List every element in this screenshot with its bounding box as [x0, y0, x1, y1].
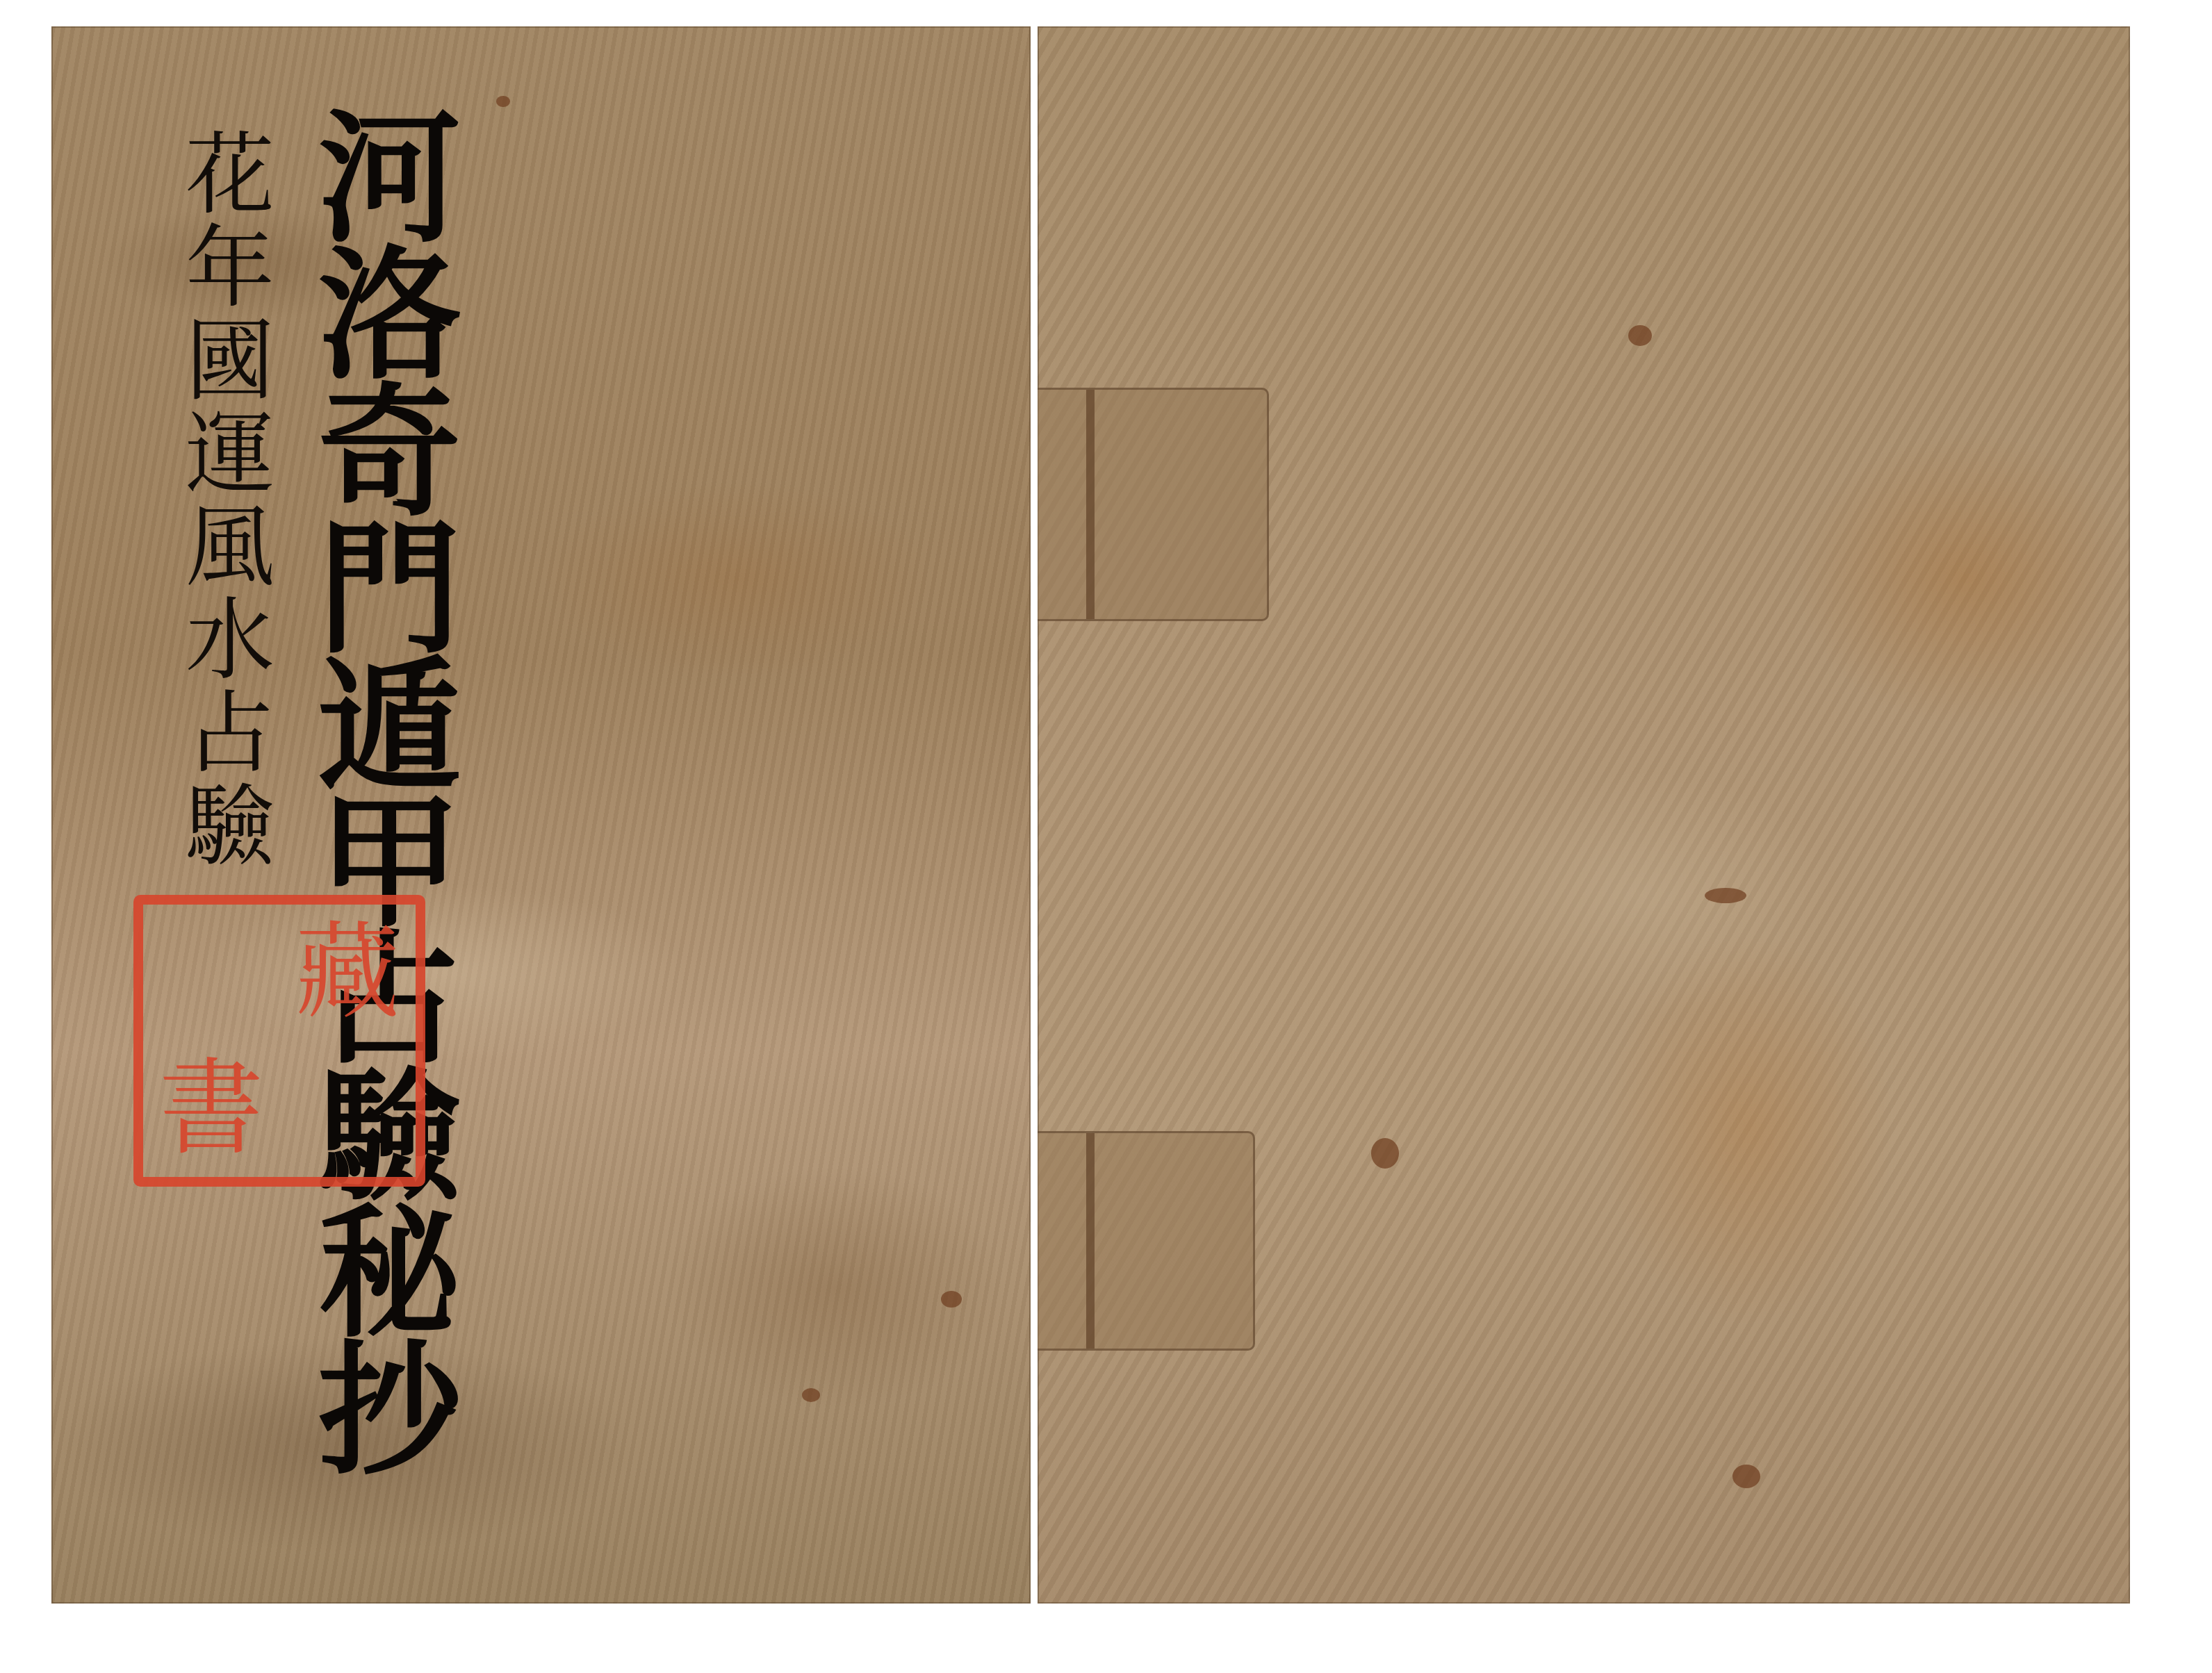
title-column: 河洛奇門遁甲占驗秘抄 [279, 103, 446, 1472]
paper-stain [1705, 888, 1746, 903]
paper-stain [496, 96, 510, 107]
binding-tab-top [1038, 388, 1269, 621]
subtitle-column: 花年國運風水占驗 [156, 127, 274, 872]
seal-glyph: 書 [143, 1041, 279, 1177]
seal-glyph: 藏 [279, 905, 416, 1041]
left-cover-page: 花年國運風水占驗 河洛奇門遁甲占驗秘抄 藏 書 [51, 26, 1031, 1604]
paper-stain [941, 1291, 962, 1308]
right-cover-page [1038, 26, 2130, 1604]
seal-glyph [143, 905, 279, 1041]
paper-stain [1732, 1465, 1760, 1488]
binding-tab-bottom [1038, 1131, 1255, 1351]
red-collector-seal: 藏 書 [133, 895, 425, 1187]
paper-stain [1371, 1138, 1399, 1169]
seal-glyph [279, 1041, 416, 1177]
paper-stain [1628, 325, 1652, 346]
paper-stain [802, 1388, 820, 1402]
